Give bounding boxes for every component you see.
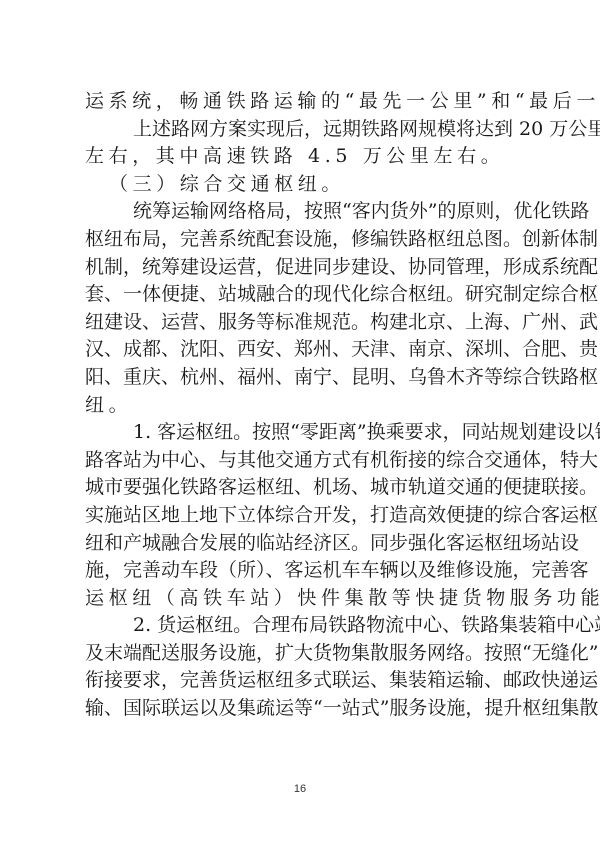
text-line: 汉、成都、沈阳、西安、郑州、天津、南京、深圳、合肥、贵 [85,336,519,364]
text-line: 纽和产城融合发展的临站经济区。同步强化客运枢纽场站设 [85,530,519,558]
text-line: 城市要强化铁路客运枢纽、机场、城市轨道交通的便捷联接。 [85,474,519,502]
paragraph-start-line: 上述路网方案实现后，远期铁路网规模将达到 20 万公里 [85,116,519,144]
body-text: 运系统，畅通铁路运输的“最先一公里”和“最后一公里”。 上述路网方案实现后，远期… [85,88,519,723]
paragraph-start-line: 2. 货运枢纽。合理布局铁路物流中心、铁路集装箱中心站 [85,612,519,640]
text-line: 套、一体便捷、站城融合的现代化综合枢纽。研究制定综合枢 [85,281,519,309]
text-line: 机制，统筹建设运营，促进同步建设、协同管理，形成系统配 [85,254,519,282]
text-line: 路客站为中心、与其他交通方式有机衔接的综合交通体，特大 [85,447,519,475]
text-line: 及末端配送服务设施，扩大货物集散服务网络。按照“无缝化” [85,640,519,668]
text-line: 输、国际联运以及集疏运等“一站式”服务设施，提升枢纽集散 [85,695,519,723]
text-line: 枢纽布局，完善系统配套设施，修编铁路枢纽总图。创新体制 [85,226,519,254]
text-line: 运枢纽（高铁车站）快件集散等快捷货物服务功能设施。 [85,585,519,613]
text-line: 左右，其中高速铁路 4.5 万公里左右。 [85,143,519,171]
text-line: 实施站区地上地下立体综合开发，打造高效便捷的综合客运枢 [85,502,519,530]
text-line: 施，完善动车段（所）、客运机车车辆以及维修设施，完善客 [85,557,519,585]
page-number: 16 [0,783,600,795]
text-line: 纽建设、运营、服务等标准规范。构建北京、上海、广州、武 [85,309,519,337]
section-heading: （三）综合交通枢纽。 [85,171,519,199]
text-line: 纽。 [85,392,519,420]
document-page: 运系统，畅通铁路运输的“最先一公里”和“最后一公里”。 上述路网方案实现后，远期… [0,0,600,848]
paragraph-start-line: 统筹运输网络格局，按照“客内货外”的原则，优化铁路 [85,198,519,226]
text-line: 阳、重庆、杭州、福州、南宁、昆明、乌鲁木齐等综合铁路枢 [85,364,519,392]
paragraph-start-line: 1. 客运枢纽。按照“零距离”换乘要求，同站规划建设以铁 [85,419,519,447]
text-line: 运系统，畅通铁路运输的“最先一公里”和“最后一公里”。 [85,88,519,116]
text-line: 衔接要求，完善货运枢纽多式联运、集装箱运输、邮政快递运 [85,667,519,695]
